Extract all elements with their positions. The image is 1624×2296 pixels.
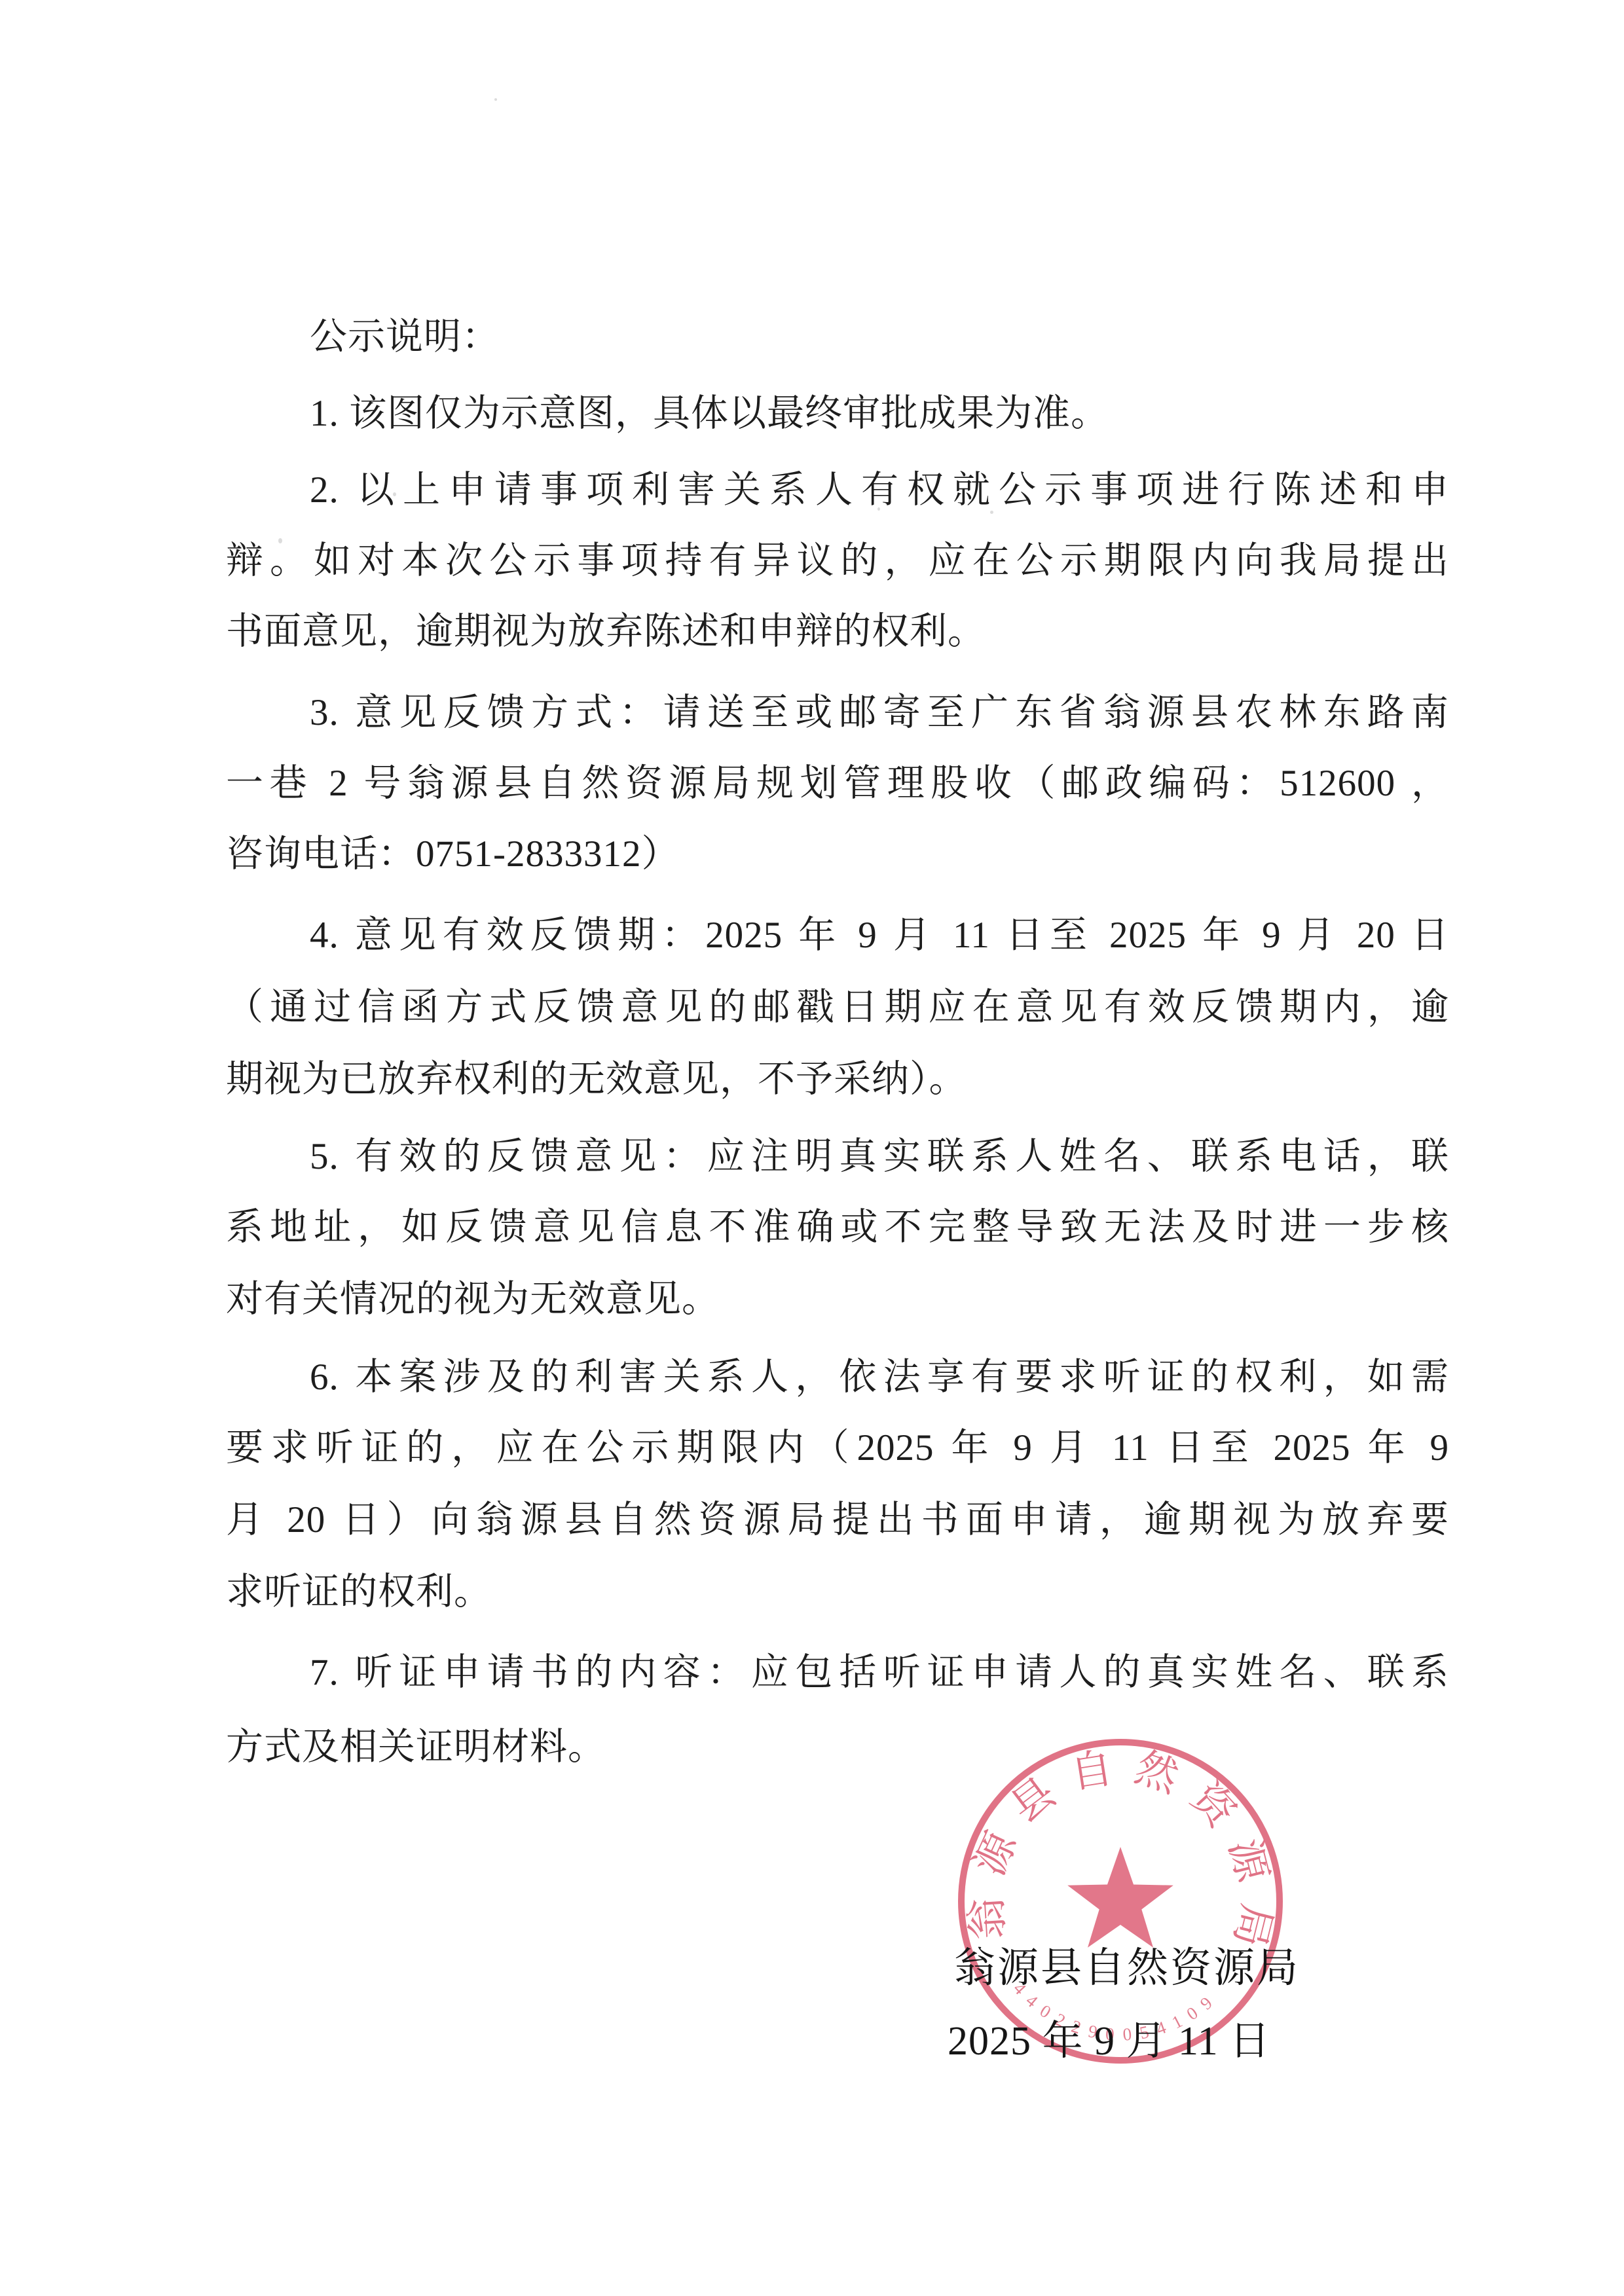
notice-line: 期视为已放弃权利的无效意见，不予采纳）。 [226,1059,1449,1101]
document-page: 公示说明： 1. 该图仅为示意图，具体以最终审批成果为准。 2. 以上申请事项利… [0,0,1624,2296]
notice-line: 系地址，如反馈意见信息不准确或不完整导致无法及时进一步核 [226,1207,1449,1248]
notice-line: 5. 有效的反馈意见：应注明真实联系人姓名、联系电话，联 [226,1136,1449,1178]
notice-line: 7. 听证申请书的内容：应包括听证申请人的真实姓名、联系 [226,1652,1449,1694]
notice-line: 咨询电话：0751-2833312） [226,833,1449,875]
notice-line: 书面意见，逾期视为放弃陈述和申辩的权利。 [226,611,1449,653]
notice-line: 要求听证的，应在公示期限内（2025 年 9 月 11 日至 2025 年 9 [226,1427,1449,1469]
scan-speck [494,98,497,101]
notice-line: 1. 该图仅为示意图，具体以最终审批成果为准。 [226,393,1449,435]
notice-title: 公示说明： [226,316,1449,358]
notice-line: 一巷 2 号翁源县自然资源局规划管理股收（邮政编码：512600 ， [226,763,1449,805]
signing-agency: 翁源县自然资源局 [954,1946,1300,1990]
notice-line: 3. 意见反馈方式：请送至或邮寄至广东省翁源县农林东路南 [226,692,1449,734]
notice-line: 对有关情况的视为无效意见。 [226,1279,1449,1321]
notice-line: 4. 意见有效反馈期：2025 年 9 月 11 日至 2025 年 9 月 2… [226,915,1449,957]
notice-line: 辩。如对本次公示事项持有异议的，应在公示期限内向我局提出 [226,540,1449,582]
notice-line: 月 20 日）向翁源县自然资源局提出书面申请，逾期视为放弃要 [226,1499,1449,1541]
notice-line: （通过信函方式反馈意见的邮戳日期应在意见有效反馈期内，逾 [226,987,1449,1029]
star-icon [1067,1847,1173,1948]
notice-line: 求听证的权利。 [226,1571,1449,1613]
signing-date: 2025 年 9 月 11 日 [948,2020,1270,2063]
notice-line: 2. 以上申请事项利害关系人有权就公示事项进行陈述和申 [226,469,1449,511]
notice-line: 6. 本案涉及的利害关系人，依法享有要求听证的权利，如需 [226,1357,1449,1398]
